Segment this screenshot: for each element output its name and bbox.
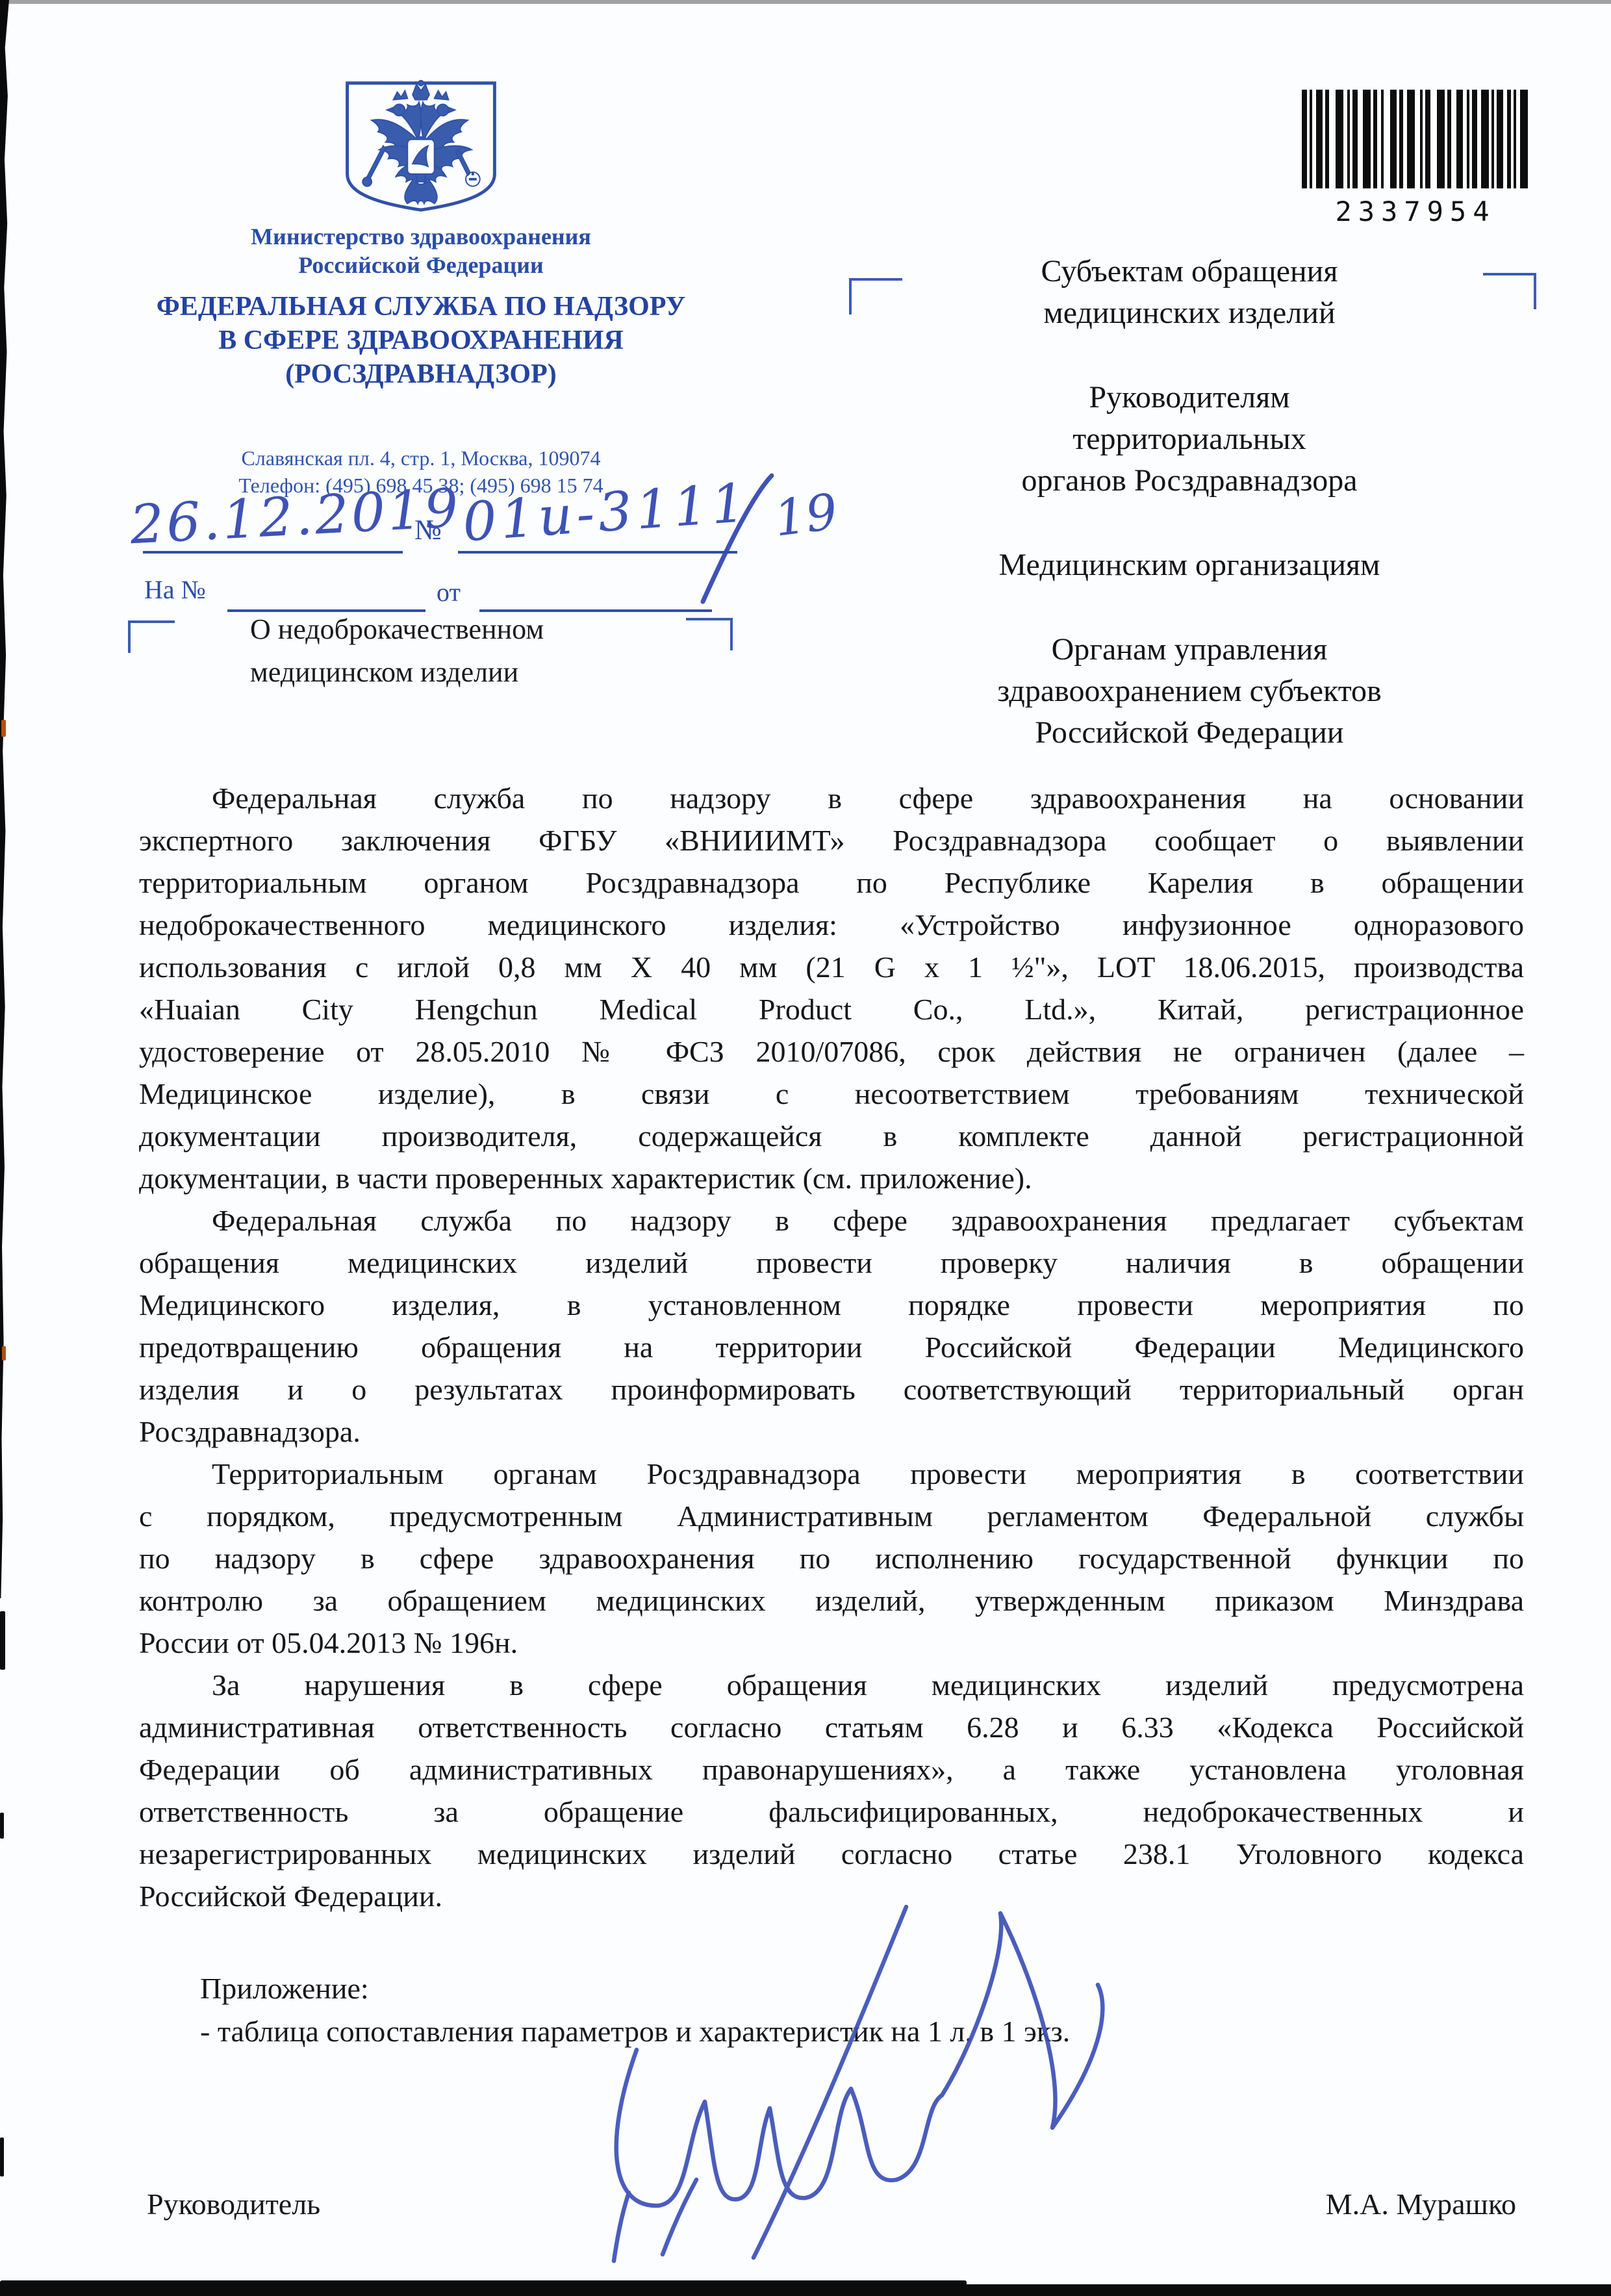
body-line: использования с иглой 0,8 мм X 40 мм (21… — [139, 946, 1524, 988]
paragraph-3: Территориальным органам Росздравнадзора … — [139, 1453, 1524, 1664]
number-underline — [458, 551, 737, 554]
body-line: Федерации об административных правонаруш… — [139, 1748, 1524, 1791]
body-line: с порядком, предусмотренным Администрати… — [139, 1495, 1524, 1537]
body-line: «Huaian City Hengchun Medical Product Co… — [139, 988, 1524, 1030]
recipient-group: Руководителям территориальных органов Ро… — [844, 377, 1534, 502]
subject-block: О недоброкачественном медицинском издели… — [250, 608, 544, 694]
subject-bracket-left-v — [128, 620, 131, 653]
scan-left-mark — [0, 1611, 5, 1670]
signer-name: М.А. Мурашко — [1326, 2187, 1516, 2221]
service-line3: (РОСЗДРАВНАДЗОР) — [109, 357, 733, 391]
recipient-line: территориальных — [844, 418, 1534, 460]
scan-bottom-edge — [0, 2284, 1611, 2296]
subject-bracket-right-v — [730, 618, 733, 650]
body-line: обращения медицинских изделий провести п… — [139, 1242, 1524, 1284]
body-line: документации производителя, содержащейся… — [139, 1115, 1524, 1157]
recipient-line: органов Росздравнадзора — [844, 460, 1534, 502]
recipient-line: Медицинским организациям — [844, 544, 1534, 586]
body-line: Росздравнадзора. — [139, 1410, 1524, 1453]
recipient-group: Медицинским организациям — [844, 544, 1534, 586]
subject-line2: медицинском изделии — [250, 651, 544, 694]
subject-line1: О недоброкачественном — [250, 608, 544, 651]
recipient-group: Органам управления здравоохранением субъ… — [844, 629, 1534, 754]
barcode-number: 2337954 — [1298, 196, 1533, 227]
body-line: Федеральная служба по надзору в сфере зд… — [139, 777, 1524, 819]
reply-to-label: На № — [144, 574, 206, 605]
body-line: по надзору в сфере здравоохранения по ис… — [139, 1537, 1524, 1579]
scan-orange-speck — [1, 720, 6, 737]
scan-left-mark — [0, 1813, 4, 1839]
russia-coat-of-arms-icon — [340, 78, 501, 216]
body-line: экспертного заключения ФГБУ «ВНИИИМТ» Ро… — [139, 819, 1524, 861]
recipients-block: Субъектам обращения медицинских изделий … — [844, 251, 1534, 754]
letterhead: Министерство здравоохранения Российской … — [109, 78, 733, 499]
subject-bracket-left-h — [128, 620, 175, 623]
scanned-letter-page: Министерство здравоохранения Российской … — [0, 0, 1611, 2296]
barcode-icon — [1302, 90, 1529, 188]
paragraph-1: Федеральная служба по надзору в сфере зд… — [139, 777, 1524, 1199]
body-line: За нарушения в сфере обращения медицинск… — [139, 1664, 1524, 1706]
service-line1: ФЕДЕРАЛЬНАЯ СЛУЖБА ПО НАДЗОРУ — [109, 290, 733, 324]
body-line: административная ответственность согласн… — [139, 1706, 1524, 1748]
recipient-group: Субъектам обращения медицинских изделий — [844, 251, 1534, 334]
number-sign: № — [414, 513, 442, 546]
body-line: Федеральная служба по надзору в сфере зд… — [139, 1199, 1524, 1242]
recipient-line: здравоохранением субъектов — [844, 670, 1534, 712]
paragraph-4: За нарушения в сфере обращения медицинск… — [139, 1664, 1524, 1917]
body-line: Территориальным органам Росздравнадзора … — [139, 1453, 1524, 1495]
recipient-line: Руководителям — [844, 377, 1534, 418]
body-line: контролю за обращением медицинских издел… — [139, 1579, 1524, 1622]
body-line: предотвращению обращения на территории Р… — [139, 1326, 1524, 1368]
ministry-name: Министерство здравоохранения Российской … — [109, 222, 733, 279]
service-name: ФЕДЕРАЛЬНАЯ СЛУЖБА ПО НАДЗОРУ В СФЕРЕ ЗД… — [109, 290, 733, 391]
signer-position: Руководитель — [147, 2187, 320, 2221]
reply-from-label: от — [437, 577, 461, 607]
subject-bracket-right-h — [686, 618, 733, 620]
handwritten-slash-stroke — [690, 472, 784, 608]
handwritten-signature — [552, 1900, 1202, 2264]
body-line: Медицинского изделия, в установленном по… — [139, 1284, 1524, 1326]
body-line: удостоверение от 28.05.2010 № ФСЗ 2010/0… — [139, 1030, 1524, 1073]
body-line: документации, в части проверенных характ… — [139, 1157, 1524, 1199]
scan-top-edge — [0, 0, 1611, 4]
date-underline — [143, 551, 403, 554]
body-line: России от 05.04.2013 № 196н. — [139, 1622, 1524, 1664]
ministry-line2: Российской Федерации — [109, 251, 733, 279]
recipient-line: Субъектам обращения — [844, 251, 1534, 292]
body-line: недоброкачественного медицинского издели… — [139, 904, 1524, 946]
ministry-line1: Министерство здравоохранения — [109, 222, 733, 251]
body-line: Медицинское изделие), в связи с несоотве… — [139, 1073, 1524, 1115]
recipient-line: Органам управления — [844, 629, 1534, 670]
scan-left-mark — [0, 2137, 4, 2176]
postal-address: Славянская пл. 4, стр. 1, Москва, 109074 — [109, 444, 733, 472]
paragraph-2: Федеральная служба по надзору в сфере зд… — [139, 1199, 1524, 1453]
barcode-block: 2337954 — [1298, 90, 1533, 227]
body-line: территориальным органом Росздравнадзора … — [139, 861, 1524, 904]
scan-orange-speck — [2, 1346, 6, 1360]
letter-body: Федеральная служба по надзору в сфере зд… — [139, 777, 1524, 1917]
body-line: ответственность за обращение фальсифицир… — [139, 1791, 1524, 1833]
body-line: изделия и о результатах проинформировать… — [139, 1368, 1524, 1410]
service-line2: В СФЕРЕ ЗДРАВООХРАНЕНИЯ — [109, 324, 733, 357]
handwritten-number-suffix: 19 — [771, 482, 841, 547]
body-line: незарегистрированных медицинских изделий… — [139, 1833, 1524, 1875]
recipient-line: медицинских изделий — [844, 292, 1534, 334]
recipient-line: Российской Федерации — [844, 712, 1534, 754]
